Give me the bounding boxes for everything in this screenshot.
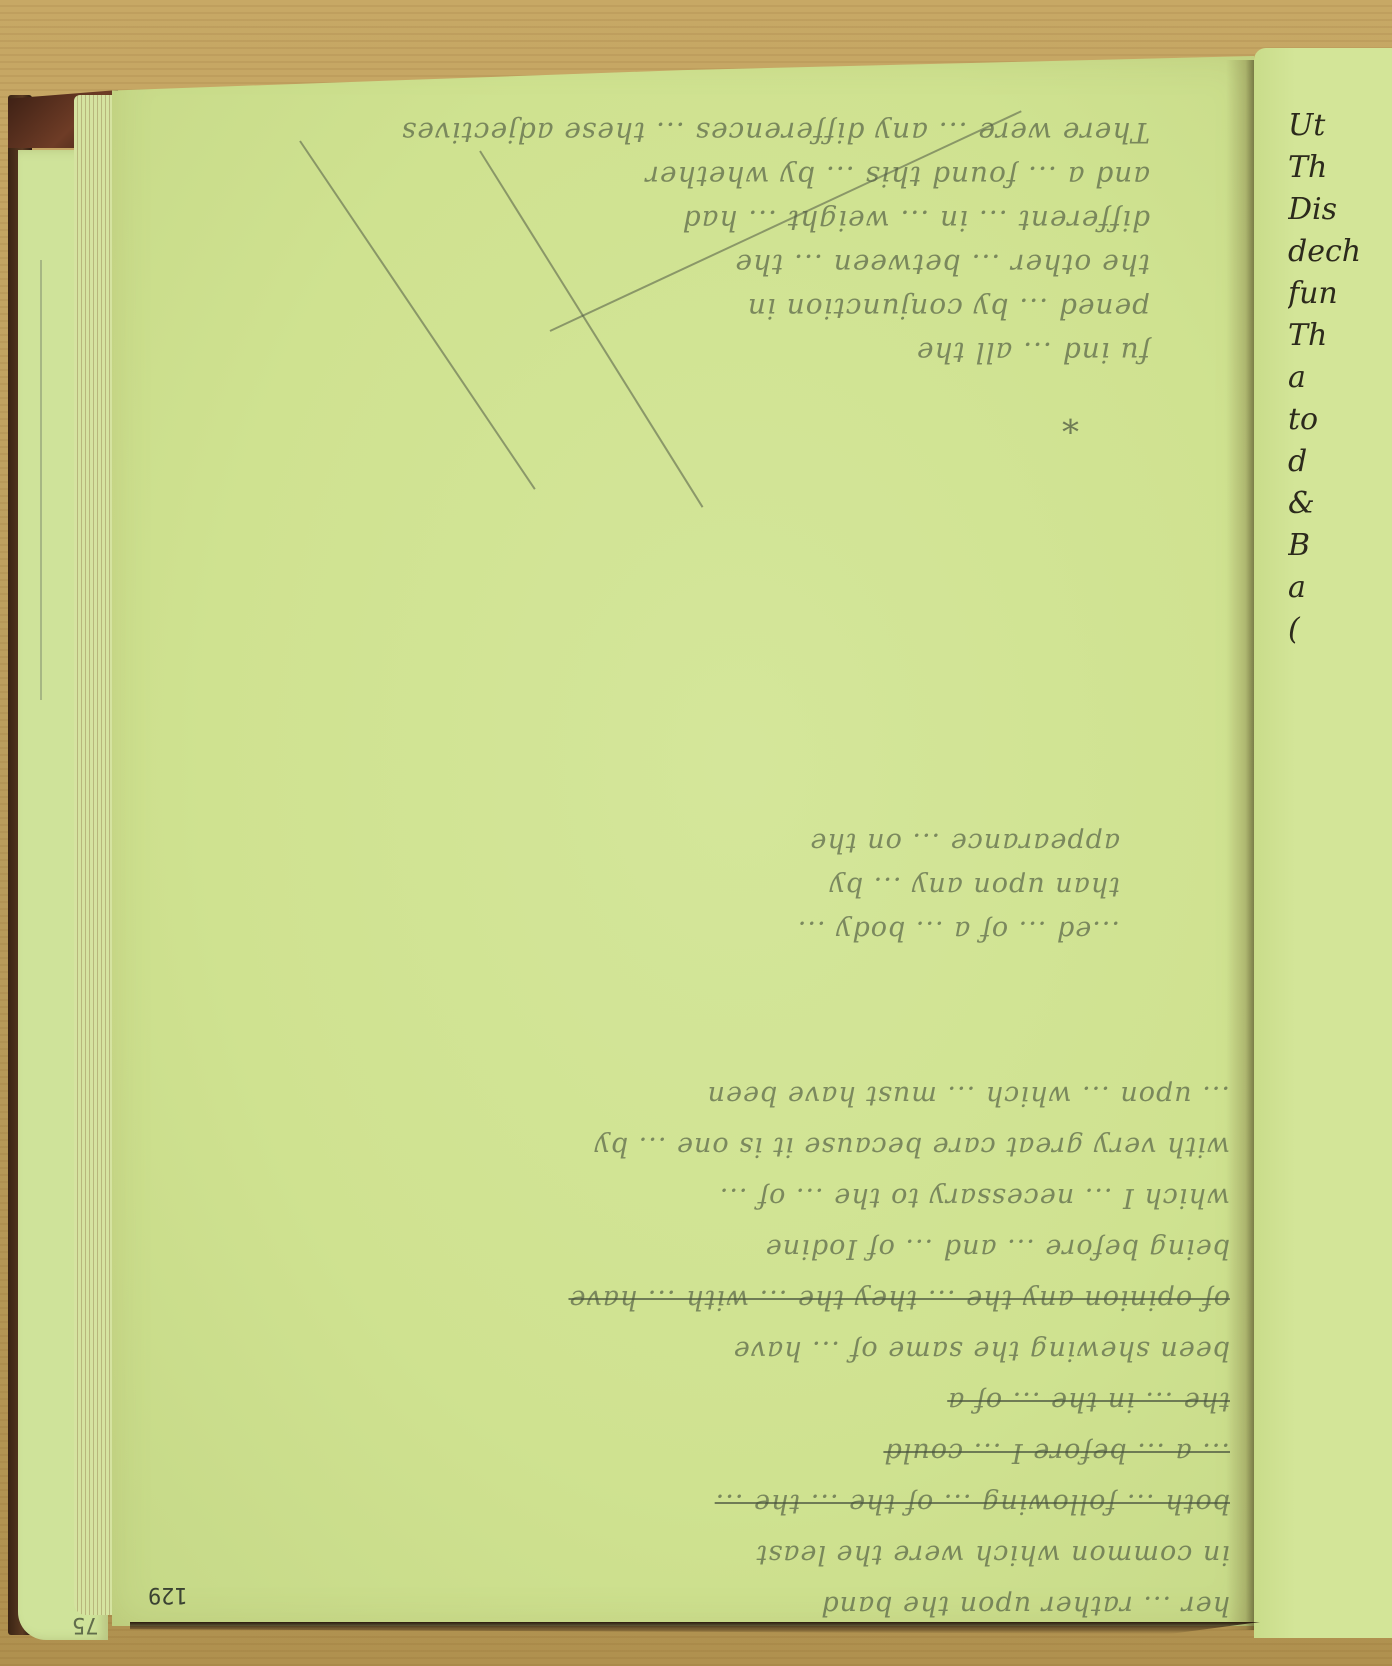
ink-fragment: dech (1288, 231, 1392, 273)
handwritten-paragraph-bottom: her ... rather upon the band in common w… (180, 1070, 1230, 1631)
book-gutter (1226, 60, 1254, 1630)
ink-fragment: d (1288, 441, 1392, 483)
asterisk-mark: * (1062, 400, 1079, 440)
handwritten-line: which I ... necessary to the ... of ... (180, 1172, 1230, 1223)
ink-fragment: fun (1288, 273, 1392, 315)
ink-fragment: to (1288, 399, 1392, 441)
ink-fragment: Th (1288, 315, 1392, 357)
handwritten-line-struck: ... a ... before I ... could (180, 1427, 1230, 1478)
handwritten-paragraph-middle: ...ed ... of a ... body ... than upon an… (300, 820, 1120, 952)
handwritten-line-struck: of opinion any the ... they the ... with… (180, 1274, 1230, 1325)
ink-fragment: a (1288, 567, 1392, 609)
handwritten-line: fu ind ... all the (250, 330, 1150, 374)
ink-fragment: ( (1288, 609, 1392, 651)
handwritten-line: ...ed ... of a ... body ... (300, 908, 1120, 952)
ink-fragment: Dis (1288, 189, 1392, 231)
handwritten-line: with very great care because it is one .… (180, 1121, 1230, 1172)
page-number: 129 (148, 1582, 188, 1607)
handwritten-line: different ... in ... weight ... had (250, 198, 1150, 242)
handwritten-line: being before ... and ... of Iodine (180, 1223, 1230, 1274)
handwritten-line: ... upon ... which ... must have been (180, 1070, 1230, 1121)
ink-fragment: B (1288, 525, 1392, 567)
handwritten-line: in common which were the least (180, 1529, 1230, 1580)
handwritten-line-struck: the ... in the ... of a (180, 1376, 1230, 1427)
handwritten-line: pened ... by conjunction in (250, 286, 1150, 330)
facing-page-text: Ut Th Dis dech fun Th a to d & B a ( (1288, 105, 1392, 651)
ink-fragment: & (1288, 483, 1392, 525)
handwritten-line: and a ... found this ... by whether (250, 154, 1150, 198)
handwritten-line: than upon any ... by (300, 864, 1120, 908)
handwritten-line: appearance ... on the (300, 820, 1120, 864)
handwritten-line: the other ... between ... the (250, 242, 1150, 286)
ink-fragment: a (1288, 357, 1392, 399)
ink-fragment: Th (1288, 147, 1392, 189)
handwritten-line: been shewing the same of ... have (180, 1325, 1230, 1376)
handwritten-line: There were ... any differences ... these… (250, 110, 1150, 154)
crossed-out-paragraph: fu ind ... all the pened ... by conjunct… (250, 110, 1150, 374)
handwritten-line-struck: both ... following ... of the ... the ..… (180, 1478, 1230, 1529)
stack-number: 75 (72, 1612, 99, 1637)
handwritten-line: her ... rather upon the band (180, 1580, 1230, 1631)
ink-fragment: Ut (1288, 105, 1392, 147)
